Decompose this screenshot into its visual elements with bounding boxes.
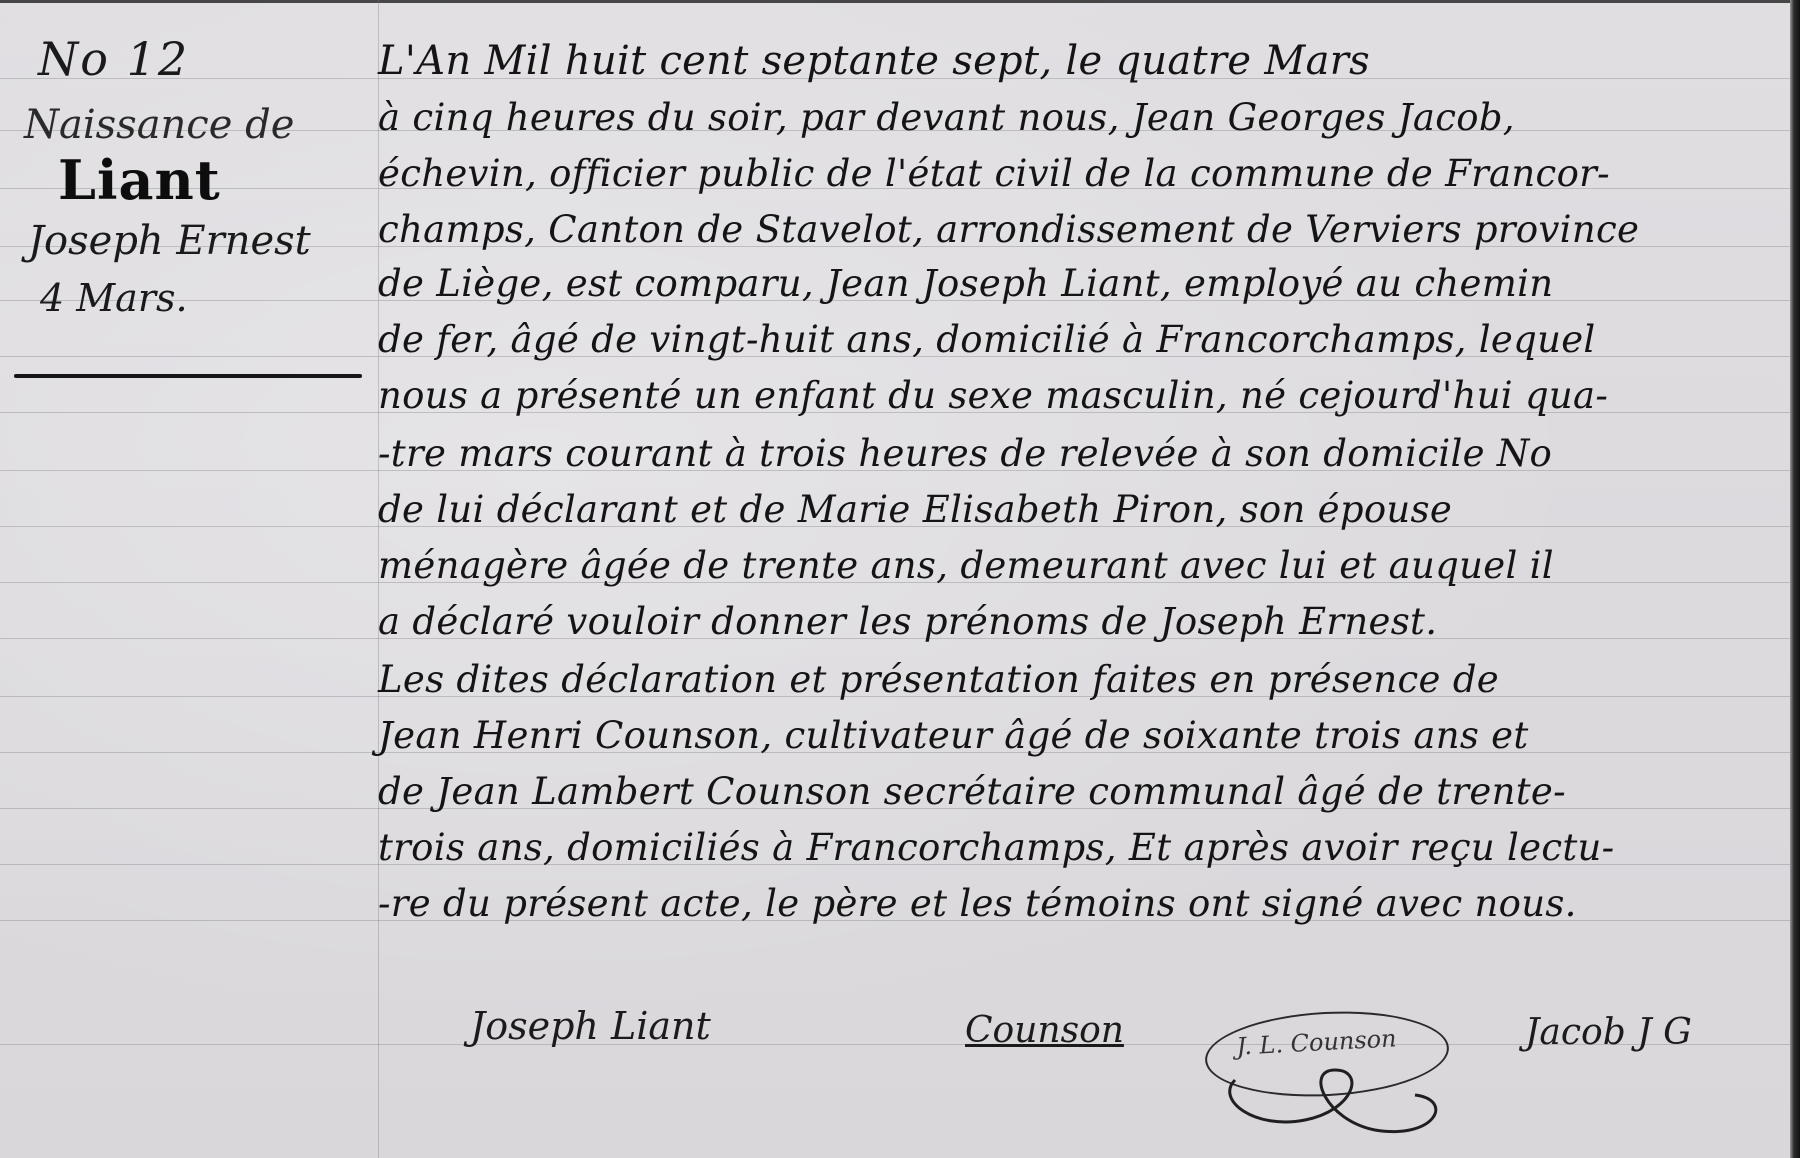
record-line: nous a présenté un enfant du sexe mascul… [378,374,1608,417]
page-right-edge [1790,0,1800,1158]
signature-flourish-icon [1215,1040,1465,1140]
record-line: de fer, âgé de vingt-huit ans, domicilié… [378,318,1596,361]
entry-date: 4 Mars. [40,276,188,320]
entry-surname: Liant [58,148,221,212]
record-line: L'An Mil huit cent septante sept, le qua… [378,38,1370,84]
record-line: -tre mars courant à trois heures de rele… [378,432,1552,475]
record-line: de Jean Lambert Counson secrétaire commu… [378,770,1566,813]
signature-officer: Jacob J G [1525,1012,1692,1053]
record-line: -re du présent acte, le père et les témo… [378,882,1577,925]
record-line: de lui déclarant et de Marie Elisabeth P… [378,488,1452,531]
record-line: a déclaré vouloir donner les prénoms de … [378,600,1437,643]
entry-number: No 12 [38,32,189,86]
record-body: L'An Mil huit cent septante sept, le qua… [378,0,1790,1158]
entry-label: Naissance de [24,102,294,148]
record-line: échevin, officier public de l'état civil… [378,152,1610,195]
record-line: champs, Canton de Stavelot, arrondisseme… [378,208,1639,251]
record-line: Les dites déclaration et présentation fa… [378,658,1499,701]
signature-witness-1: Counson [965,1010,1124,1051]
record-line: trois ans, domiciliés à Francorchamps, E… [378,826,1615,869]
register-page: No 12 Naissance de Liant Joseph Ernest 4… [0,0,1800,1158]
record-line: à cinq heures du soir, par devant nous, … [378,96,1515,139]
entry-given-names: Joseph Ernest [28,218,311,264]
record-line: ménagère âgée de trente ans, demeurant a… [378,544,1554,587]
margin-column: No 12 Naissance de Liant Joseph Ernest 4… [0,0,378,1158]
record-line: de Liège, est comparu, Jean Joseph Liant… [378,262,1553,305]
record-line: Jean Henri Counson, cultivateur âgé de s… [378,714,1529,757]
margin-divider [14,374,362,378]
signature-father: Joseph Liant [470,1004,711,1048]
